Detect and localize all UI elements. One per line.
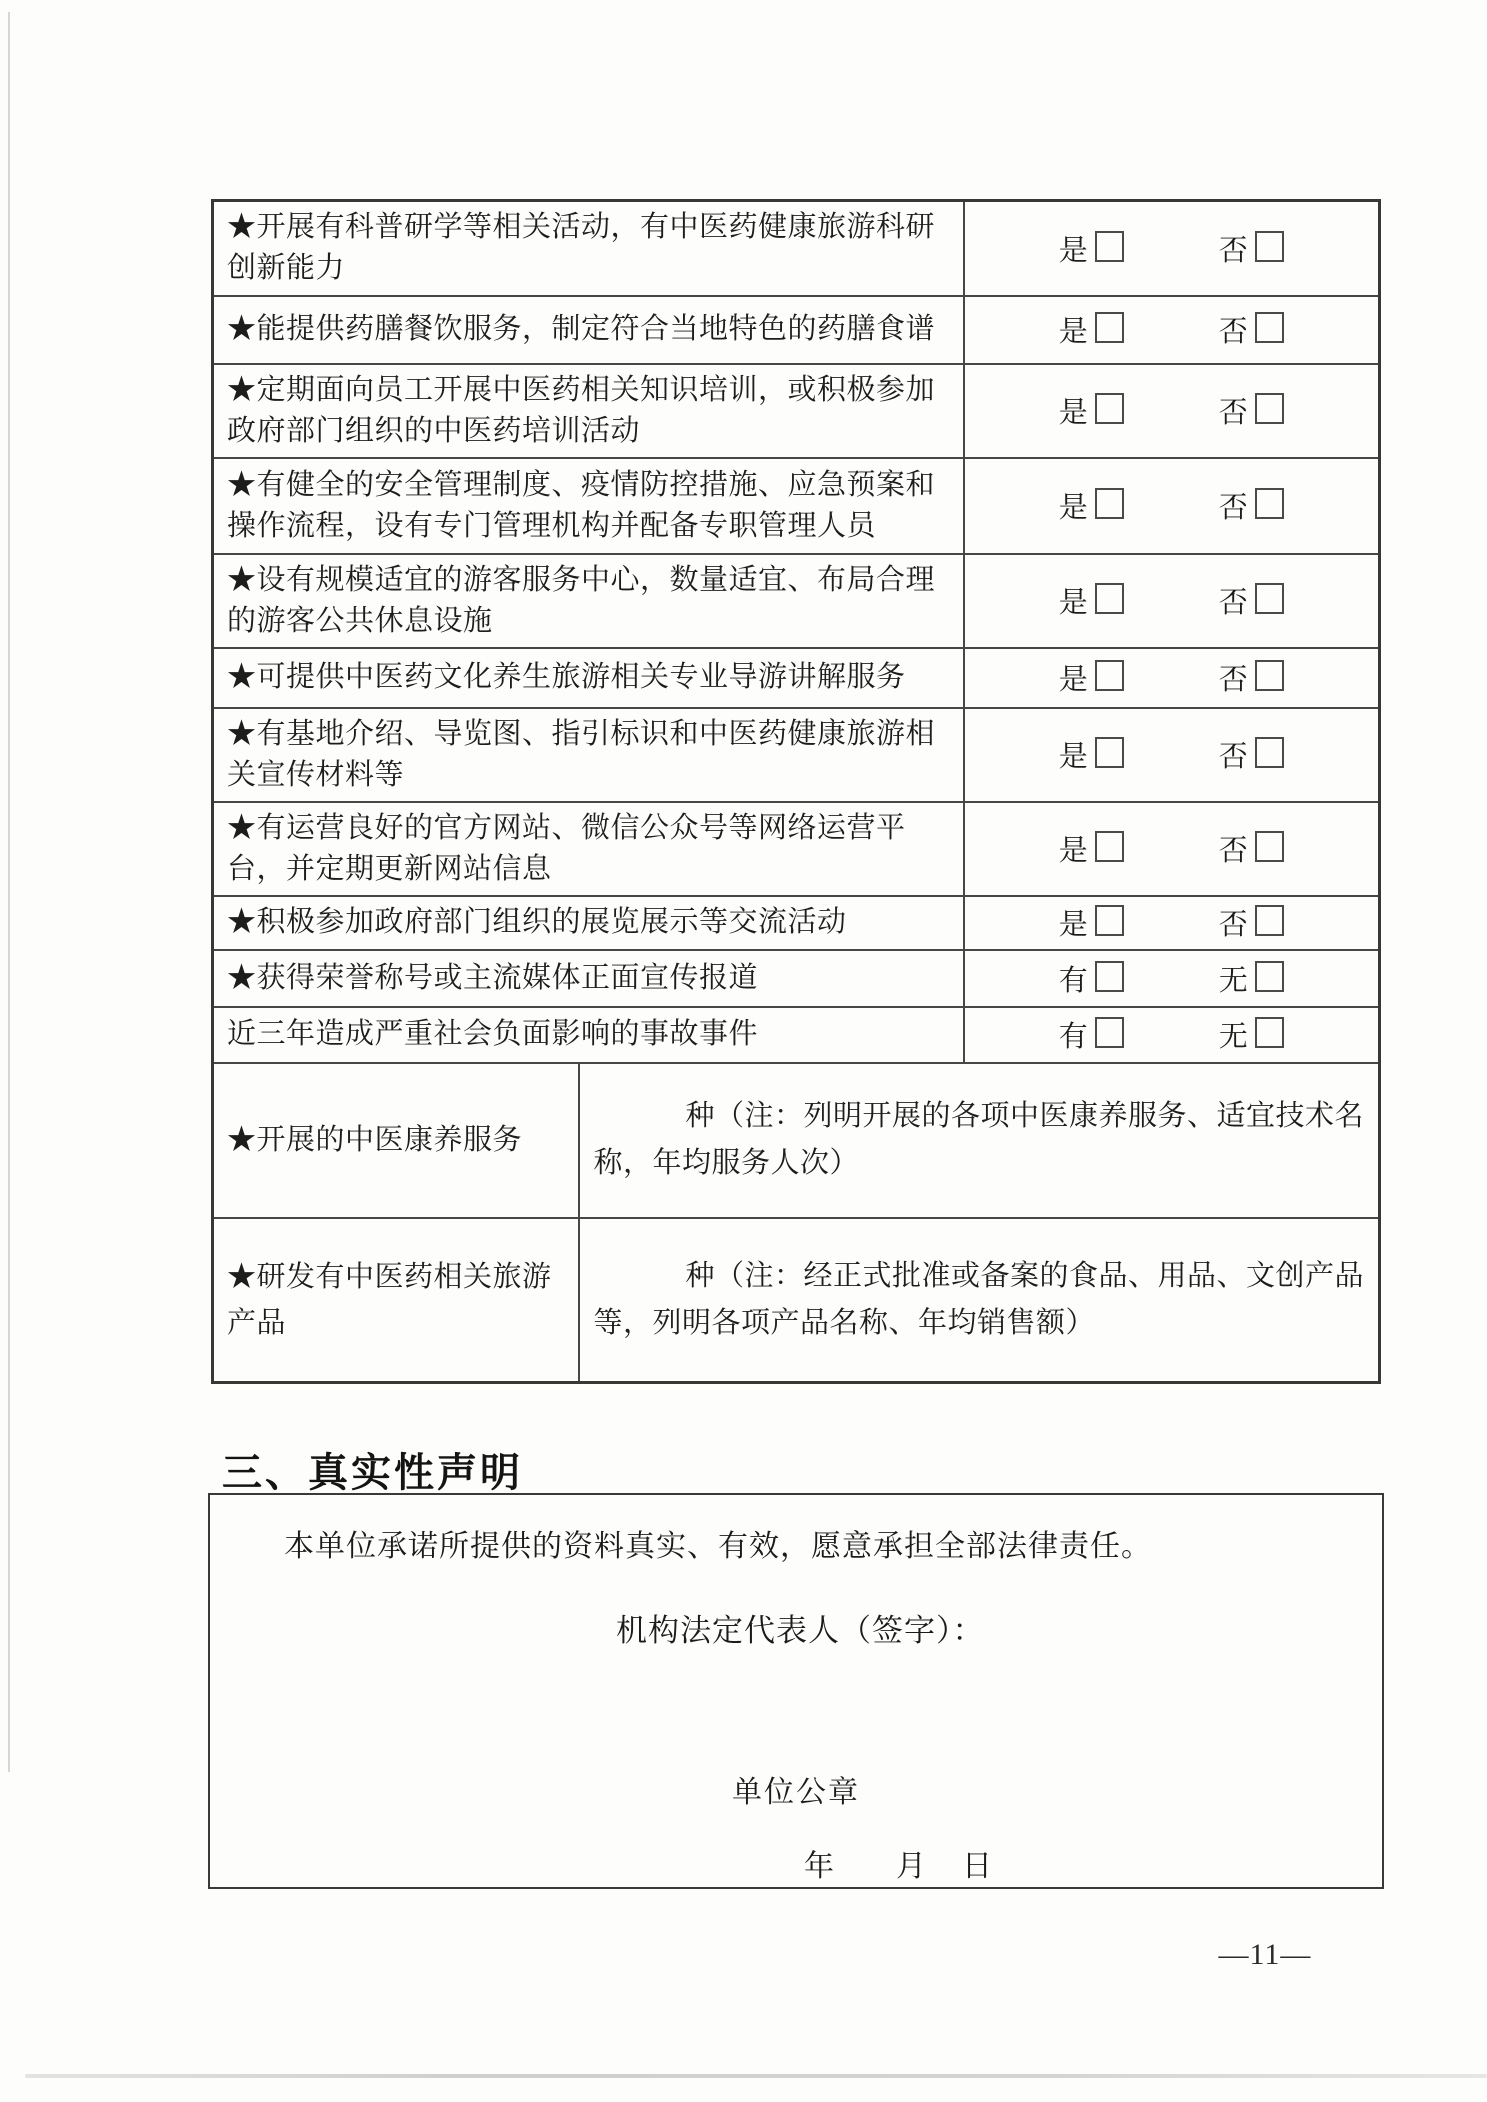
- choice-group: 是否: [965, 309, 1379, 350]
- requirement-text: ★积极参加政府部门组织的展览展示等交流活动: [213, 896, 964, 950]
- yes-option: 是: [1059, 309, 1124, 350]
- yes-option: 有: [1059, 958, 1124, 999]
- no-option: 否: [1219, 309, 1284, 350]
- yes-checkbox: [1095, 312, 1124, 343]
- requirement-text: ★设有规模适宜的游客服务中心，数量适宜、布局合理的游客公共休息设施: [213, 554, 964, 648]
- requirement-text: ★有运营良好的官方网站、微信公众号等网络运营平台，并定期更新网站信息: [213, 802, 964, 896]
- requirements-checklist-table: ★开展有科普研学等相关活动，有中医药健康旅游科研创新能力是否★能提供药膳餐饮服务…: [211, 199, 1381, 1384]
- yes-checkbox: [1095, 831, 1124, 862]
- choice-group: 是否: [965, 580, 1379, 621]
- yes-option: 是: [1059, 734, 1124, 775]
- no-option: 否: [1219, 828, 1284, 869]
- declaration-statement: 本单位承诺所提供的资料真实、有效，愿意承担全部法律责任。: [284, 1521, 1152, 1565]
- requirement-text: ★有健全的安全管理制度、疫情防控措施、应急预案和操作流程，设有专门管理机构并配备…: [213, 458, 964, 554]
- no-label: 否: [1219, 828, 1248, 869]
- choice-cell: 是否: [964, 201, 1380, 296]
- yes-option: 是: [1059, 485, 1124, 526]
- date-year-label: 年: [804, 1850, 834, 1883]
- detail-note: 种（注：经正式批准或备案的食品、用品、文创产品等，列明各项产品名称、年均销售额）: [579, 1218, 1380, 1383]
- no-option: 无: [1219, 1014, 1284, 1055]
- yes-label: 有: [1059, 958, 1088, 999]
- yes-checkbox: [1095, 1017, 1124, 1048]
- no-checkbox: [1255, 488, 1284, 519]
- choice-cell: 是否: [964, 708, 1380, 802]
- yes-checkbox: [1095, 583, 1124, 614]
- choice-cell: 是否: [964, 296, 1380, 364]
- table-row: 近三年造成严重社会负面影响的事故事件有无: [213, 1007, 1380, 1063]
- yes-checkbox: [1095, 393, 1124, 424]
- no-label: 无: [1219, 958, 1248, 999]
- date-day-label: 日: [962, 1850, 992, 1883]
- yes-label: 是: [1059, 390, 1088, 431]
- no-option: 否: [1219, 390, 1284, 431]
- yes-label: 是: [1059, 485, 1088, 526]
- yes-label: 是: [1059, 828, 1088, 869]
- detail-label: ★研发有中医药相关旅游产品: [213, 1218, 579, 1383]
- table-row: ★有运营良好的官方网站、微信公众号等网络运营平台，并定期更新网站信息是否: [213, 802, 1380, 896]
- table-row: ★能提供药膳餐饮服务，制定符合当地特色的药膳食谱是否: [213, 296, 1380, 364]
- no-option: 否: [1219, 485, 1284, 526]
- choice-group: 是否: [965, 734, 1379, 775]
- no-checkbox: [1255, 393, 1284, 424]
- choice-group: 有无: [965, 1014, 1379, 1055]
- table-row: ★定期面向员工开展中医药相关知识培训，或积极参加政府部门组织的中医药培训活动是否: [213, 364, 1380, 458]
- choice-cell: 是否: [964, 896, 1380, 950]
- choice-cell: 有无: [964, 1007, 1380, 1063]
- no-label: 否: [1219, 657, 1248, 698]
- no-label: 否: [1219, 580, 1248, 621]
- yes-option: 是: [1059, 580, 1124, 621]
- no-checkbox: [1255, 831, 1284, 862]
- no-label: 否: [1219, 309, 1248, 350]
- no-option: 无: [1219, 958, 1284, 999]
- detail-row: ★开展的中医康养服务种（注：列明开展的各项中医康养服务、适宜技术名称，年均服务人…: [213, 1063, 1380, 1218]
- choice-group: 是否: [965, 902, 1379, 943]
- yes-checkbox: [1095, 905, 1124, 936]
- yes-option: 是: [1059, 828, 1124, 869]
- table-row: ★开展有科普研学等相关活动，有中医药健康旅游科研创新能力是否: [213, 201, 1380, 296]
- table-row: ★积极参加政府部门组织的展览展示等交流活动是否: [213, 896, 1380, 950]
- choice-group: 是否: [965, 485, 1379, 526]
- no-option: 否: [1219, 657, 1284, 698]
- yes-checkbox: [1095, 231, 1124, 262]
- yes-label: 有: [1059, 1014, 1088, 1055]
- yes-checkbox: [1095, 961, 1124, 992]
- no-checkbox: [1255, 583, 1284, 614]
- yes-option: 是: [1059, 390, 1124, 431]
- requirement-text: ★定期面向员工开展中医药相关知识培训，或积极参加政府部门组织的中医药培训活动: [213, 364, 964, 458]
- no-option: 否: [1219, 580, 1284, 621]
- choice-cell: 是否: [964, 802, 1380, 896]
- yes-option: 有: [1059, 1014, 1124, 1055]
- no-label: 无: [1219, 1014, 1248, 1055]
- no-checkbox: [1255, 961, 1284, 992]
- requirement-text: ★开展有科普研学等相关活动，有中医药健康旅游科研创新能力: [213, 201, 964, 296]
- no-option: 否: [1219, 902, 1284, 943]
- no-option: 否: [1219, 228, 1284, 269]
- scan-artifact-left-line: [8, 12, 10, 1772]
- choice-group: 是否: [965, 828, 1379, 869]
- choice-group: 有无: [965, 958, 1379, 999]
- choice-cell: 是否: [964, 364, 1380, 458]
- table-row: ★有健全的安全管理制度、疫情防控措施、应急预案和操作流程，设有专门管理机构并配备…: [213, 458, 1380, 554]
- no-label: 否: [1219, 485, 1248, 526]
- table-row: ★获得荣誉称号或主流媒体正面宣传报道有无: [213, 950, 1380, 1007]
- detail-label: ★开展的中医康养服务: [213, 1063, 579, 1218]
- legal-representative-signature-label: 机构法定代表人（签字）：: [616, 1605, 985, 1650]
- no-option: 否: [1219, 734, 1284, 775]
- detail-note: 种（注：列明开展的各项中医康养服务、适宜技术名称，年均服务人次）: [579, 1063, 1380, 1218]
- section-heading: 三、真实性声明: [222, 1441, 523, 1498]
- yes-checkbox: [1095, 660, 1124, 691]
- yes-label: 是: [1059, 734, 1088, 775]
- page-number: —11—: [1200, 1938, 1330, 1972]
- table-row: ★有基地介绍、导览图、指引标识和中医药健康旅游相关宣传材料等是否: [213, 708, 1380, 802]
- requirement-text: 近三年造成严重社会负面影响的事故事件: [213, 1007, 964, 1063]
- choice-group: 是否: [965, 228, 1379, 269]
- yes-label: 是: [1059, 228, 1088, 269]
- no-checkbox: [1255, 1017, 1284, 1048]
- no-label: 否: [1219, 902, 1248, 943]
- table-row: ★设有规模适宜的游客服务中心，数量适宜、布局合理的游客公共休息设施是否: [213, 554, 1380, 648]
- date-month-label: 月: [896, 1850, 926, 1883]
- no-checkbox: [1255, 312, 1284, 343]
- yes-label: 是: [1059, 580, 1088, 621]
- requirement-text: ★能提供药膳餐饮服务，制定符合当地特色的药膳食谱: [213, 296, 964, 364]
- unit-seal-label: 单位公章: [732, 1767, 860, 1811]
- detail-row: ★研发有中医药相关旅游产品种（注：经正式批准或备案的食品、用品、文创产品等，列明…: [213, 1218, 1380, 1383]
- date-line: 年月日: [804, 1841, 992, 1885]
- choice-cell: 是否: [964, 458, 1380, 554]
- choice-group: 是否: [965, 657, 1379, 698]
- requirement-text: ★获得荣誉称号或主流媒体正面宣传报道: [213, 950, 964, 1007]
- checklist-body: ★开展有科普研学等相关活动，有中医药健康旅游科研创新能力是否★能提供药膳餐饮服务…: [213, 201, 1380, 1383]
- yes-label: 是: [1059, 309, 1088, 350]
- choice-cell: 是否: [964, 648, 1380, 708]
- no-checkbox: [1255, 231, 1284, 262]
- choice-cell: 是否: [964, 554, 1380, 648]
- table-row: ★可提供中医药文化养生旅游相关专业导游讲解服务是否: [213, 648, 1380, 708]
- choice-cell: 有无: [964, 950, 1380, 1007]
- no-checkbox: [1255, 737, 1284, 768]
- requirement-text: ★有基地介绍、导览图、指引标识和中医药健康旅游相关宣传材料等: [213, 708, 964, 802]
- yes-option: 是: [1059, 657, 1124, 698]
- no-label: 否: [1219, 390, 1248, 431]
- no-checkbox: [1255, 905, 1284, 936]
- scanned-document-page: ★开展有科普研学等相关活动，有中医药健康旅游科研创新能力是否★能提供药膳餐饮服务…: [0, 0, 1487, 2102]
- no-checkbox: [1255, 660, 1284, 691]
- declaration-box: 本单位承诺所提供的资料真实、有效，愿意承担全部法律责任。 机构法定代表人（签字）…: [208, 1493, 1384, 1889]
- yes-option: 是: [1059, 228, 1124, 269]
- yes-label: 是: [1059, 657, 1088, 698]
- yes-option: 是: [1059, 902, 1124, 943]
- requirement-text: ★可提供中医药文化养生旅游相关专业导游讲解服务: [213, 648, 964, 708]
- no-label: 否: [1219, 228, 1248, 269]
- scan-artifact-bottom-line: [25, 2074, 1487, 2078]
- choice-group: 是否: [965, 390, 1379, 431]
- yes-label: 是: [1059, 902, 1088, 943]
- yes-checkbox: [1095, 488, 1124, 519]
- yes-checkbox: [1095, 737, 1124, 768]
- no-label: 否: [1219, 734, 1248, 775]
